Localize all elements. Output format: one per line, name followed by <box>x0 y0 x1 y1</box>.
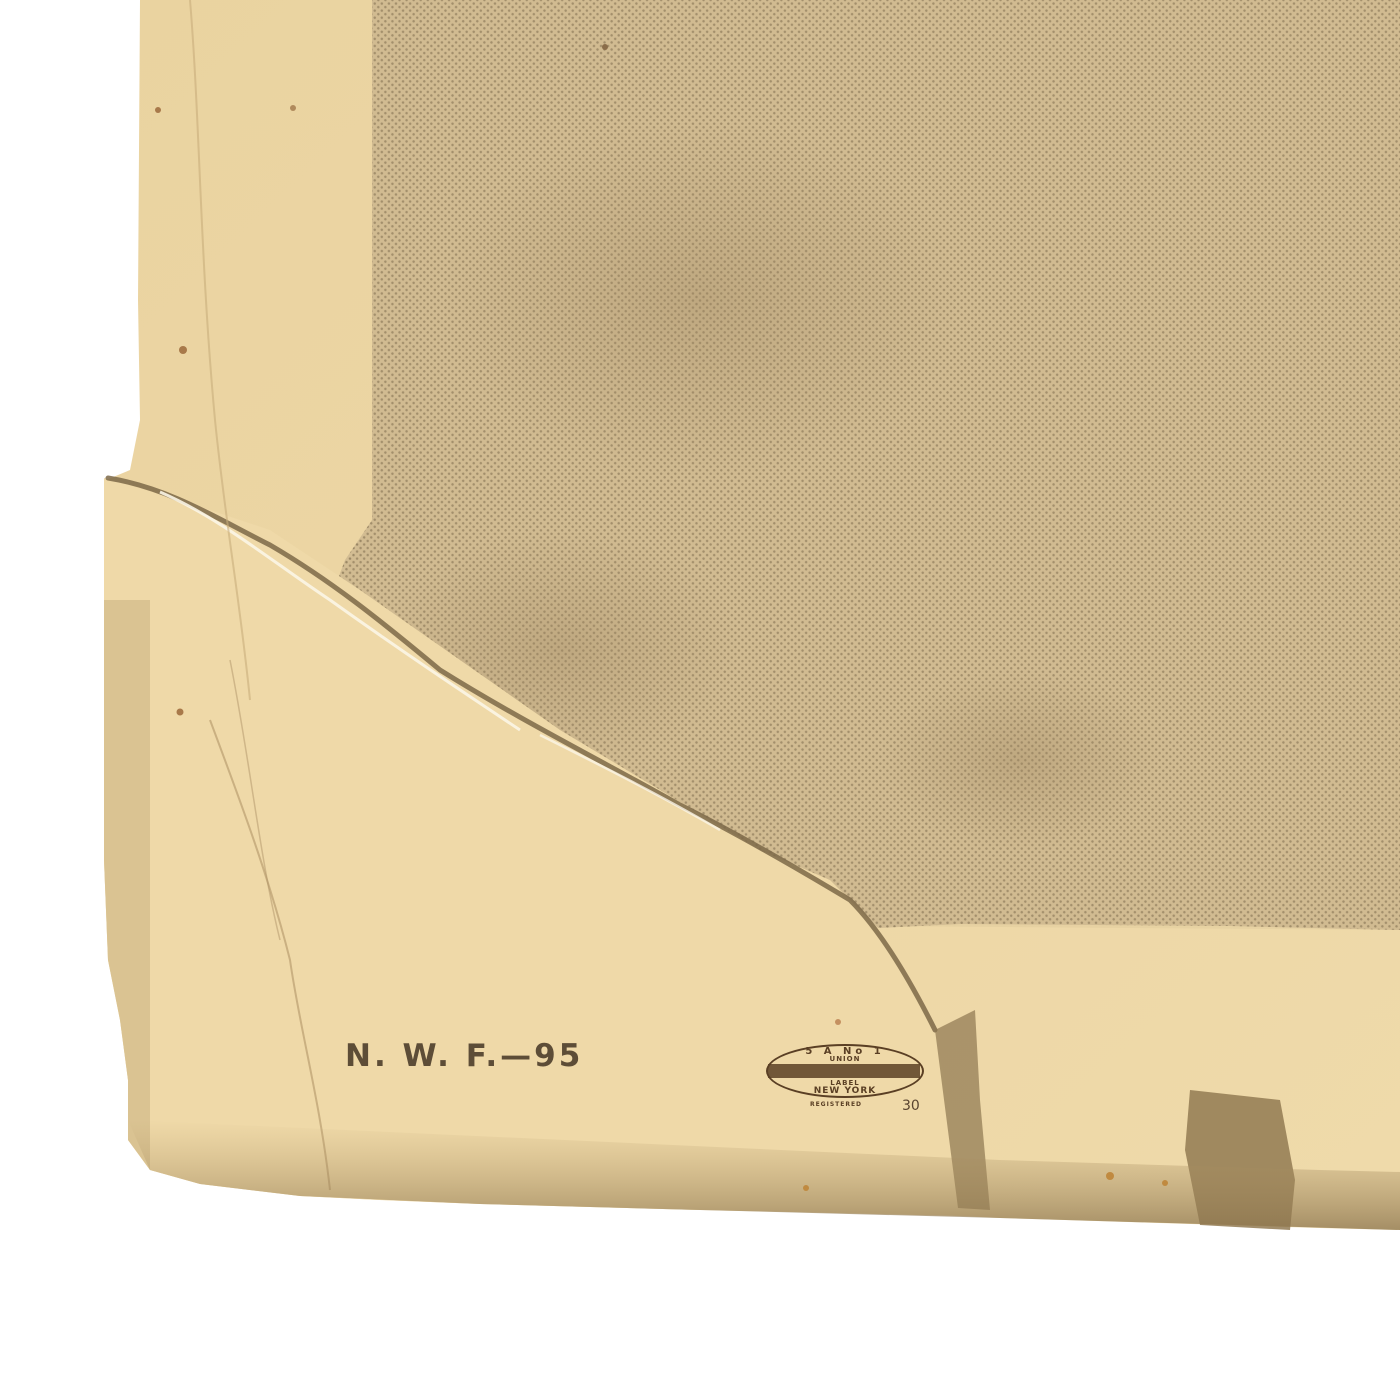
union-label-stamp: 5 A No 1 UNION LABEL NEW YORK REGISTERED… <box>766 1042 926 1112</box>
union-label-band <box>768 1064 920 1078</box>
union-label-line2: UNION <box>766 1056 924 1063</box>
union-label-number: 30 <box>902 1098 920 1114</box>
union-label-line5: REGISTERED <box>776 1102 896 1108</box>
union-label-line4: NEW YORK <box>766 1087 924 1096</box>
aged-poster-corner: N. W. F.—95 5 A No 1 UNION LABEL NEW YOR… <box>0 0 1400 1400</box>
poster-illustration <box>0 0 1400 1400</box>
print-code-text: N. W. F.—95 <box>345 1038 583 1074</box>
